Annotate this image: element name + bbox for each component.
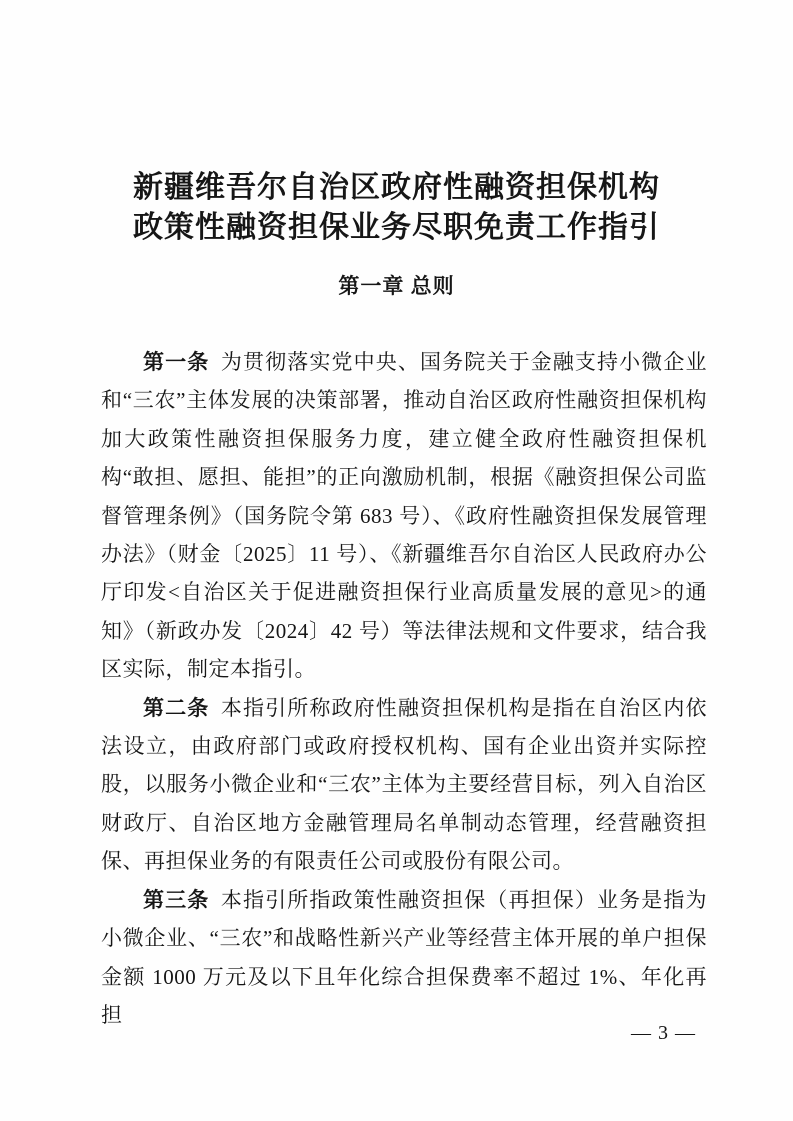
article-2-text: 本指引所称政府性融资担保机构是指在自治区内依法设立，由政府部门或政府授权机构、国… bbox=[101, 696, 707, 874]
document-page: 新疆维吾尔自治区政府性融资担保机构 政策性融资担保业务尽职免责工作指引 第一章 … bbox=[0, 0, 793, 1121]
title-line-1: 新疆维吾尔自治区政府性融资担保机构 bbox=[0, 168, 793, 208]
article-3-label: 第三条 bbox=[143, 888, 209, 912]
title-line-2: 政策性融资担保业务尽职免责工作指引 bbox=[0, 208, 793, 248]
article-paragraph-2: 第二条本指引所称政府性融资担保机构是指在自治区内依法设立，由政府部门或政府授权机… bbox=[101, 689, 707, 881]
page-number: — 3 — bbox=[631, 1022, 696, 1045]
document-title: 新疆维吾尔自治区政府性融资担保机构 政策性融资担保业务尽职免责工作指引 bbox=[0, 168, 793, 248]
article-2-label: 第二条 bbox=[143, 696, 209, 720]
article-1-text: 为贯彻落实党中央、国务院关于金融支持小微企业和“三农”主体发展的决策部署，推动自… bbox=[101, 350, 707, 681]
article-1-label: 第一条 bbox=[143, 350, 209, 374]
document-body: 第一条为贯彻落实党中央、国务院关于金融支持小微企业和“三农”主体发展的决策部署，… bbox=[101, 343, 707, 1034]
article-paragraph-1: 第一条为贯彻落实党中央、国务院关于金融支持小微企业和“三农”主体发展的决策部署，… bbox=[101, 343, 707, 689]
article-paragraph-3: 第三条本指引所指政策性融资担保（再担保）业务是指为小微企业、“三农”和战略性新兴… bbox=[101, 881, 707, 1035]
chapter-heading: 第一章 总则 bbox=[0, 273, 793, 299]
